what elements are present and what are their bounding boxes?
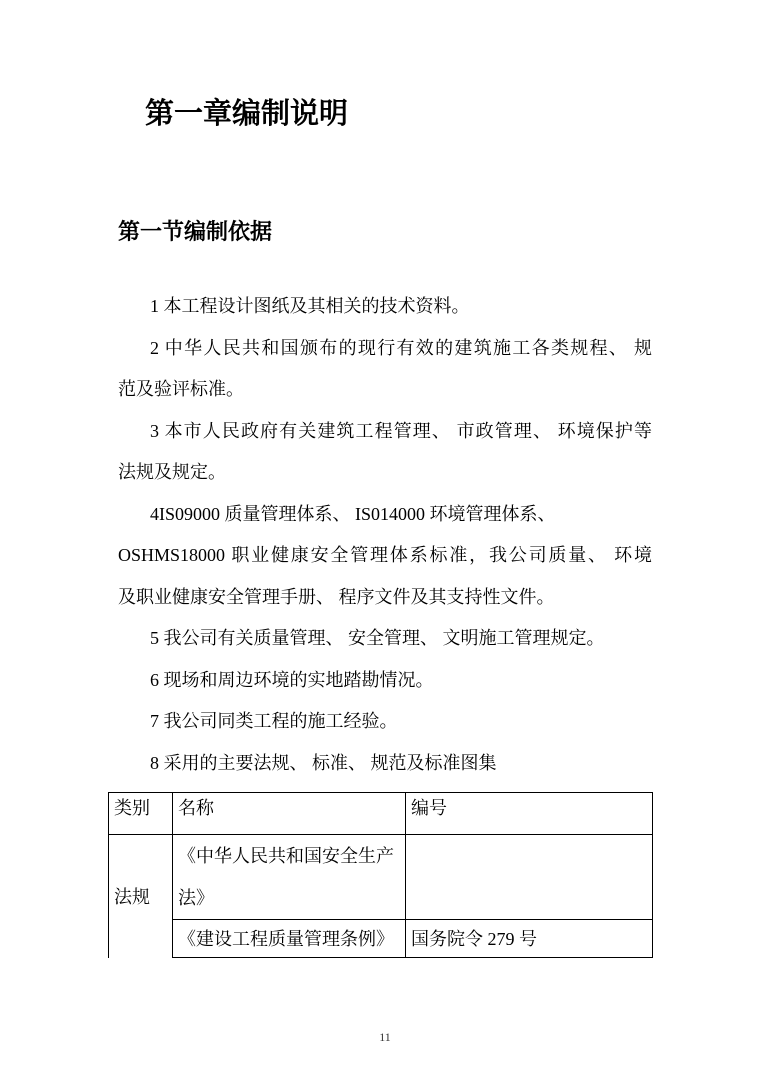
body-line: OSHMS18000 职业健康安全管理体系标准，我公司质量、 环境 [118, 535, 652, 577]
number-cell [406, 835, 653, 920]
table-row: 法规 《中华人民共和国安全生产法》 [109, 835, 653, 920]
body-line: 7 我公司同类工程的施工经验。 [118, 701, 652, 743]
body-line: 6 现场和周边环境的实地踏勘情况。 [118, 660, 652, 702]
body-line: 5 我公司有关质量管理、 安全管理、 文明施工管理规定。 [118, 618, 652, 660]
name-cell: 《中华人民共和国安全生产法》 [173, 835, 406, 920]
section-heading: 第一节编制依据 [118, 216, 272, 248]
body-line: 8 采用的主要法规、 标准、 规范及标准图集 [118, 743, 652, 785]
col-header-number: 编号 [406, 793, 653, 835]
standards-table: 类别 名称 编号 法规 《中华人民共和国安全生产法》 《建设工程质量管理条例》 … [108, 792, 653, 958]
col-header-category: 类别 [109, 793, 173, 835]
chapter-title: 第一章编制说明 [145, 92, 348, 136]
body-line: 及职业健康安全管理手册、 程序文件及其支持性文件。 [118, 577, 652, 619]
body-text: 1 本工程设计图纸及其相关的技术资料。 2 中华人民共和国颁布的现行有效的建筑施… [118, 286, 652, 784]
body-line: 3 本市人民政府有关建筑工程管理、 市政管理、 环境保护等 [118, 411, 652, 453]
body-line: 法规及规定。 [118, 452, 652, 494]
page-number: 11 [118, 1030, 652, 1045]
category-cell: 法规 [109, 835, 173, 958]
document-page: 第一章编制说明 第一节编制依据 1 本工程设计图纸及其相关的技术资料。 2 中华… [0, 0, 761, 1077]
table-header-row: 类别 名称 编号 [109, 793, 653, 835]
number-cell: 国务院令 279 号 [406, 920, 653, 958]
body-line: 2 中华人民共和国颁布的现行有效的建筑施工各类规程、 规 [118, 328, 652, 370]
table-row: 《建设工程质量管理条例》 国务院令 279 号 [109, 920, 653, 958]
body-line: 1 本工程设计图纸及其相关的技术资料。 [118, 286, 652, 328]
body-line: 4IS09000 质量管理体系、 IS014000 环境管理体系、 [118, 494, 652, 536]
name-cell: 《建设工程质量管理条例》 [173, 920, 406, 958]
col-header-name: 名称 [173, 793, 406, 835]
body-line: 范及验评标准。 [118, 369, 652, 411]
